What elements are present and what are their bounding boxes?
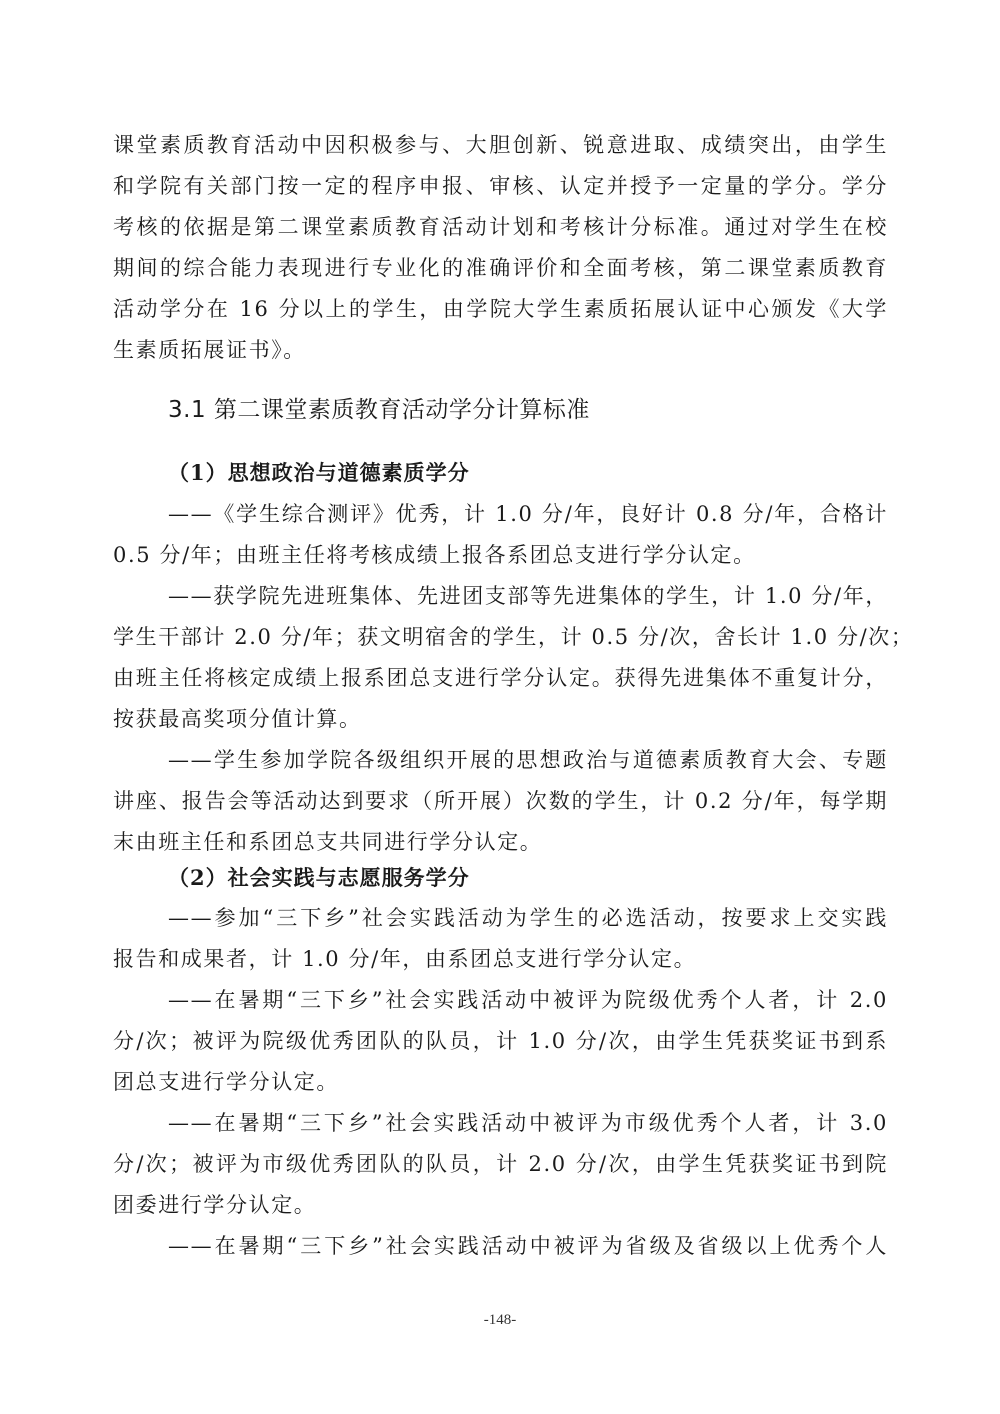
part1-line-8: 讲座、报告会等活动达到要求（所开展）次数的学生，计 0.2 分/年，每学期 xyxy=(113,783,888,819)
part1-line-5: 由班主任将核定成绩上报系团总支进行学分认定。获得先进集体不重复计分， xyxy=(113,660,888,696)
part2-line-8: 团委进行学分认定。 xyxy=(113,1187,888,1223)
intro-line-4: 期间的综合能力表现进行专业化的准确评价和全面考核，第二课堂素质教育 xyxy=(113,250,888,286)
part2-line-6: ——在暑期“三下乡”社会实践活动中被评为市级优秀个人者，计 3.0 xyxy=(168,1105,888,1141)
part1-title: （1）思想政治与道德素质学分 xyxy=(168,455,470,491)
part1-line-3: ——获学院先进班集体、先进团支部等先进集体的学生，计 1.0 分/年， xyxy=(168,578,888,614)
intro-line-5: 活动学分在 16 分以上的学生，由学院大学生素质拓展认证中心颁发《大学 xyxy=(113,291,888,327)
part2-line-2: 报告和成果者，计 1.0 分/年，由系团总支进行学分认定。 xyxy=(113,941,888,977)
intro-line-1: 课堂素质教育活动中因积极参与、大胆创新、锐意进取、成绩突出，由学生 xyxy=(113,127,888,163)
part1-line-1: ——《学生综合测评》优秀，计 1.0 分/年，良好计 0.8 分/年，合格计 xyxy=(168,496,888,532)
part1-line-2: 0.5 分/年；由班主任将考核成绩上报各系团总支进行学分认定。 xyxy=(113,537,888,573)
part1-line-6: 按获最高奖项分值计算。 xyxy=(113,701,888,737)
intro-line-6: 生素质拓展证书》。 xyxy=(113,332,888,368)
intro-line-2: 和学院有关部门按一定的程序申报、审核、认定并授予一定量的学分。学分 xyxy=(113,168,888,204)
part2-line-4: 分/次；被评为院级优秀团队的队员，计 1.0 分/次，由学生凭获奖证书到系 xyxy=(113,1023,888,1059)
part2-line-7: 分/次；被评为市级优秀团队的队员，计 2.0 分/次，由学生凭获奖证书到院 xyxy=(113,1146,888,1182)
page-number: -148- xyxy=(0,1312,1000,1329)
part2-line-3: ——在暑期“三下乡”社会实践活动中被评为院级优秀个人者，计 2.0 xyxy=(168,982,888,1018)
part2-line-1: ——参加“三下乡”社会实践活动为学生的必选活动，按要求上交实践 xyxy=(168,900,888,936)
part2-line-9: ——在暑期“三下乡”社会实践活动中被评为省级及省级以上优秀个人 xyxy=(168,1228,888,1264)
part1-line-9: 末由班主任和系团总支共同进行学分认定。 xyxy=(113,824,888,860)
section-heading: 3.1 第二课堂素质教育活动学分计算标准 xyxy=(168,392,590,428)
part1-line-4: 学生干部计 2.0 分/年；获文明宿舍的学生，计 0.5 分/次，舍长计 1.0… xyxy=(113,619,888,655)
part2-title: （2）社会实践与志愿服务学分 xyxy=(168,860,470,896)
part2-line-5: 团总支进行学分认定。 xyxy=(113,1064,888,1100)
part1-line-7: ——学生参加学院各级组织开展的思想政治与道德素质教育大会、专题 xyxy=(168,742,888,778)
intro-line-3: 考核的依据是第二课堂素质教育活动计划和考核计分标准。通过对学生在校 xyxy=(113,209,888,245)
